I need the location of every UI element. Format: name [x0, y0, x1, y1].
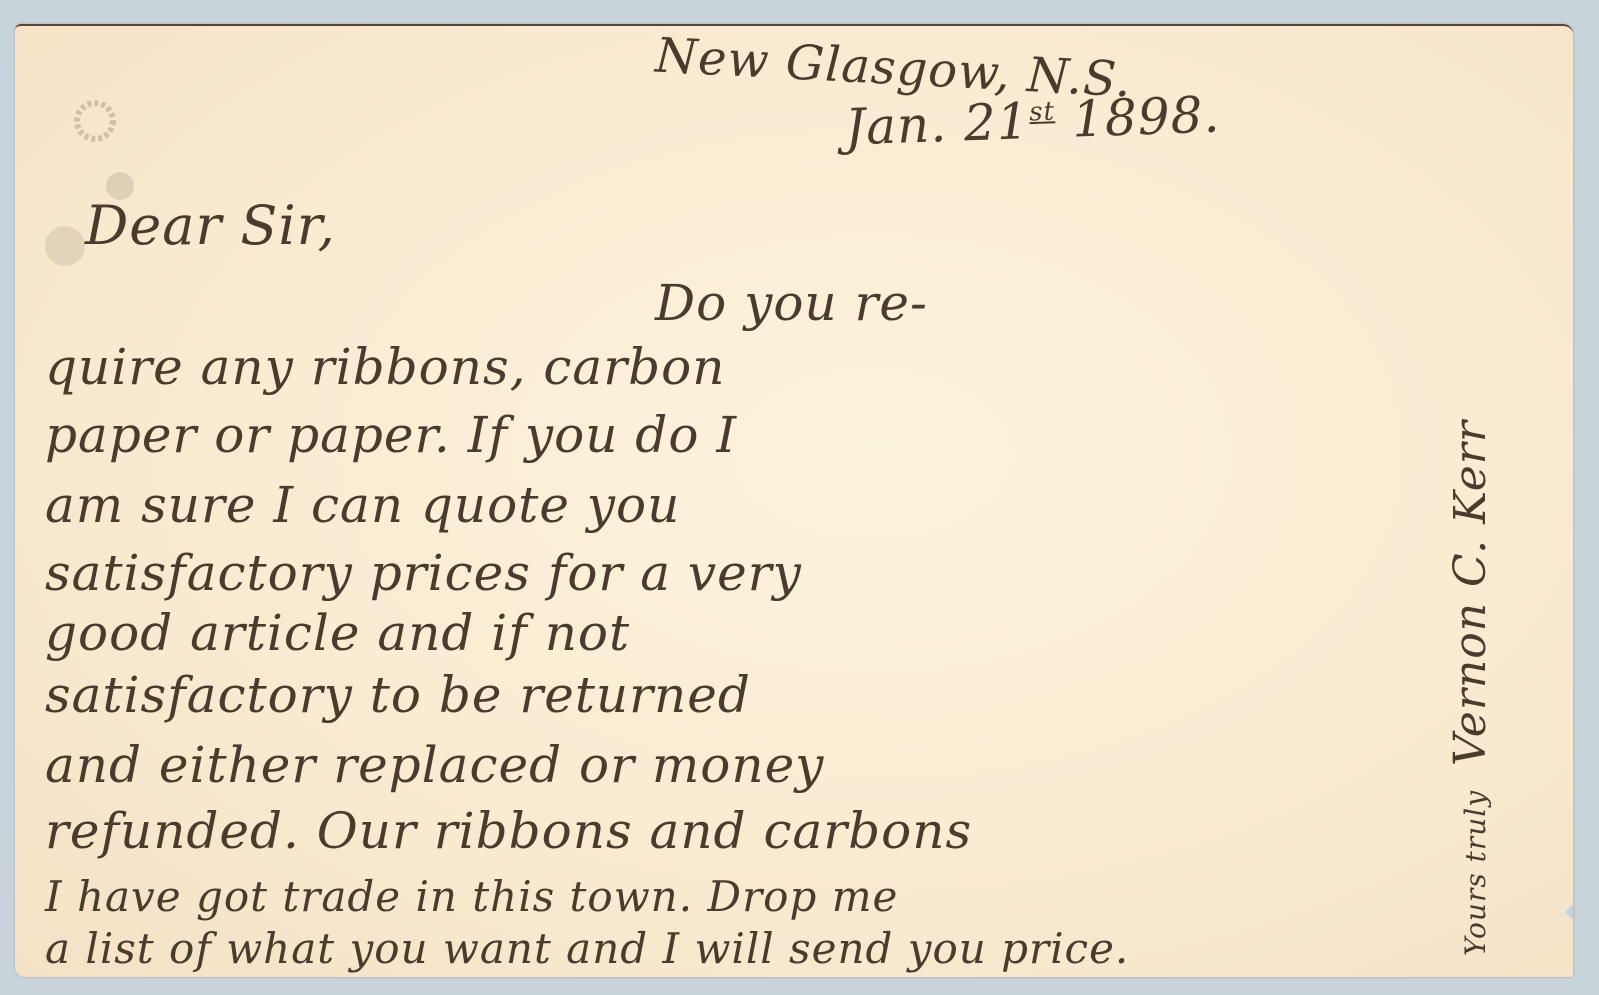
body-line: refunded. Our ribbons and carbons [45, 802, 972, 860]
body-line: and either replaced or money [45, 736, 824, 794]
signature-name: Vernon C. Kerr [1445, 420, 1496, 766]
date-day: Jan. 21 [844, 92, 1030, 156]
salutation: Dear Sir, [85, 194, 336, 257]
postcard: New Glasgow, N.S. Jan. 21st 1898. Dear S… [15, 24, 1573, 977]
body-line: good article and if not [45, 604, 630, 662]
body-line: a list of what you want and I will send … [45, 924, 1129, 973]
card-edge-notch [1565, 905, 1573, 919]
body-line: quire any ribbons, carbon [45, 338, 725, 396]
date-heading: Jan. 21st 1898. [844, 85, 1221, 156]
body-line: Do you re- [655, 274, 928, 332]
signature-closing: Yours truly [1459, 790, 1492, 956]
body-line: am sure I can quote you [45, 476, 680, 534]
body-line: I have got trade in this town. Drop me [45, 872, 898, 921]
date-year: 1898. [1071, 85, 1221, 148]
signature: Yours trulyVernon C. Kerr [1445, 420, 1496, 956]
date-ordinal: st [1029, 97, 1056, 128]
body-line: satisfactory prices for a very [45, 544, 802, 602]
body-line: satisfactory to be returned [45, 666, 751, 724]
body-line: paper or paper. If you do I [45, 406, 737, 464]
